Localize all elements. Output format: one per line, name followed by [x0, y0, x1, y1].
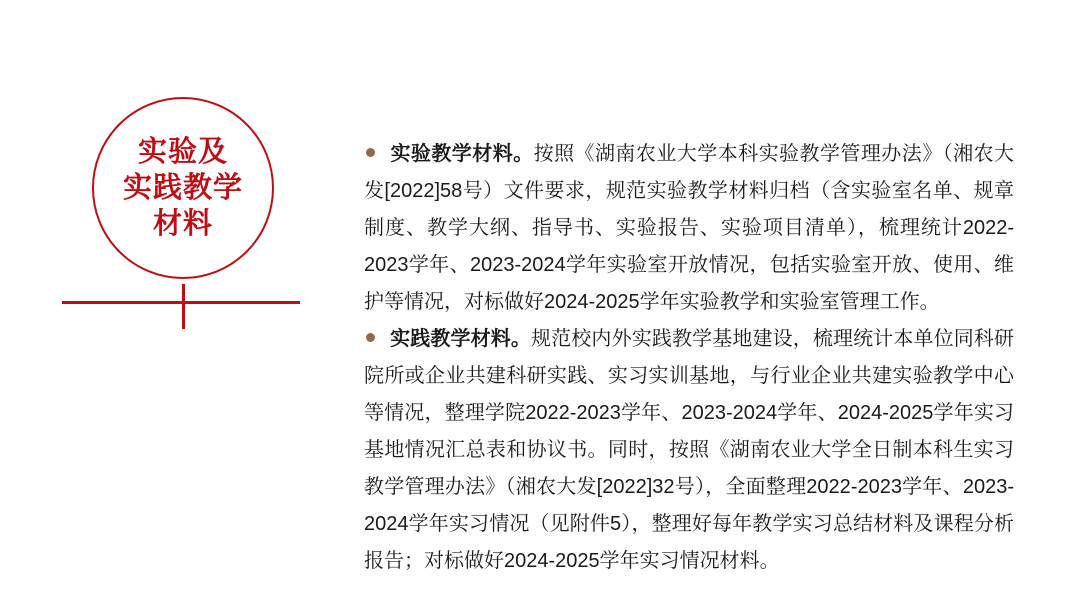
bullet-dot-icon [366, 148, 375, 157]
content-area: 实验教学材料。按照《湖南农业大学本科实验教学管理办法》（湘农大发[2022]58… [364, 136, 1014, 580]
topic-title-line-3: 材料 [123, 206, 243, 242]
topic-circle: 实验及 实践教学 材料 [92, 97, 274, 279]
paragraph-title: 实验教学材料。 [390, 143, 534, 165]
bullet-paragraph-practice-materials: 实践教学材料。规范校内外实践教学基地建设，梳理统计本单位同科研院所或企业共建科研… [364, 321, 1014, 580]
bullet-paragraph-experiment-materials: 实验教学材料。按照《湖南农业大学本科实验教学管理办法》（湘农大发[2022]58… [364, 136, 1014, 321]
topic-title: 实验及 实践教学 材料 [123, 134, 243, 242]
paragraph-body: 规范校内外实践教学基地建设，梳理统计本单位同科研院所或企业共建科研实践、实习实训… [364, 328, 1014, 572]
topic-title-line-2: 实践教学 [123, 170, 243, 206]
paragraph-title: 实践教学材料。 [390, 328, 531, 350]
bullet-dot-icon [366, 333, 375, 342]
paragraph-body: 按照《湖南农业大学本科实验教学管理办法》（湘农大发[2022]58号）文件要求，… [364, 143, 1014, 313]
horizontal-divider-line [62, 301, 300, 304]
slide: 实验及 实践教学 材料 实验教学材料。按照《湖南农业大学本科实验教学管理办法》（… [0, 0, 1080, 607]
topic-title-line-1: 实验及 [123, 134, 243, 170]
vertical-connector-line [182, 284, 185, 329]
